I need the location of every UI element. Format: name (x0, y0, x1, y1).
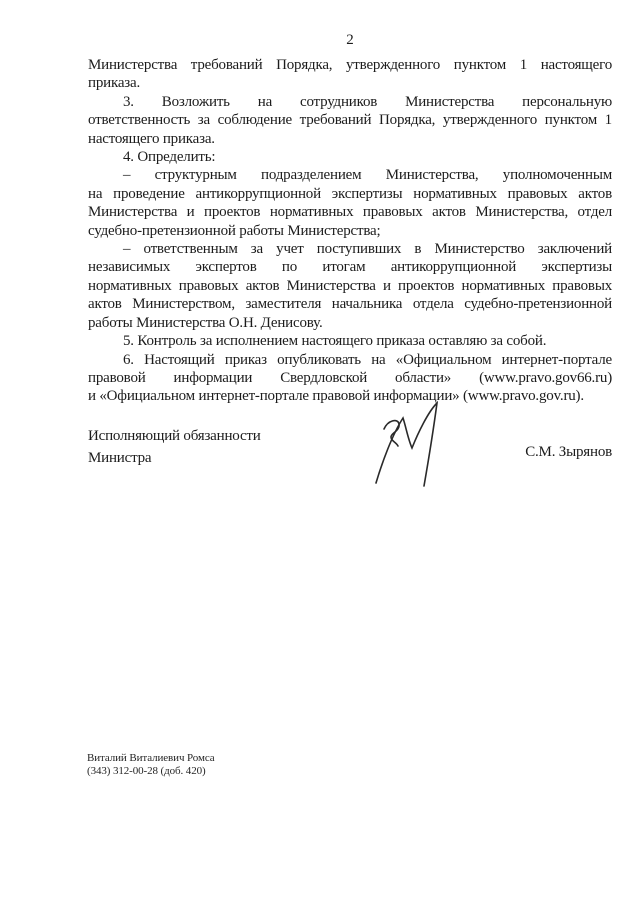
document-line: – структурным подразделением Министерств… (88, 166, 612, 184)
document-line: – ответственным за учет поступивших в Ми… (88, 240, 612, 258)
page-number: 2 (88, 32, 612, 49)
signatory-role: Исполняющий обязанности Министра (88, 426, 261, 469)
document-line: 6. Настоящий приказ опубликовать на «Офи… (88, 351, 612, 369)
executor-name: Виталий Виталиевич Ромса (87, 752, 215, 765)
document-line: актов Министерством, заместителя начальн… (88, 295, 612, 313)
document-page: 2 Министерства требований Порядка, утвер… (0, 0, 640, 905)
document-line: правовой информации Свердловской области… (88, 369, 612, 387)
document-line: 4. Определить: (88, 148, 612, 166)
signatory-name: С.М. Зырянов (525, 444, 612, 461)
document-line: 3. Возложить на сотрудников Министерства… (88, 93, 612, 111)
signatory-role-line1: Исполняющий обязанности (88, 426, 261, 448)
document-line: приказа. (88, 74, 612, 92)
signatory-role-line2: Министра (88, 448, 261, 470)
document-body: Министерства требований Порядка, утвержд… (88, 56, 612, 406)
document-line: судебно-претензионной работы Министерств… (88, 222, 612, 240)
document-line: Министерства и проектов нормативных прав… (88, 203, 612, 221)
document-line: Министерства требований Порядка, утвержд… (88, 56, 612, 74)
document-line: работы Министерства О.Н. Денисову. (88, 314, 612, 332)
document-line: 5. Контроль за исполнением настоящего пр… (88, 332, 612, 350)
document-line: нормативных правовых актов Министерства … (88, 277, 612, 295)
executor-phone: (343) 312-00-28 (доб. 420) (87, 765, 215, 778)
handwritten-signature-icon (340, 395, 470, 505)
document-line: на проведение антикоррупционной эксперти… (88, 185, 612, 203)
document-line: настоящего приказа. (88, 130, 612, 148)
document-line: независимых экспертов по итогам антикорр… (88, 258, 612, 276)
executor-contact: Виталий Виталиевич Ромса (343) 312-00-28… (87, 752, 215, 778)
document-line: ответственность за соблюдение требований… (88, 111, 612, 129)
